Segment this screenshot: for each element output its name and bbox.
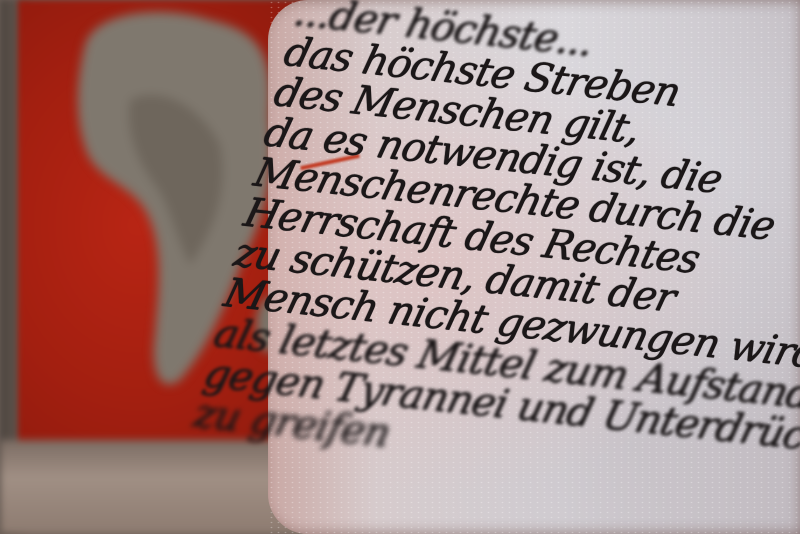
- embroidered-text: ...der höchste... das höchste Streben de…: [190, 0, 800, 488]
- photo-scene: ...der höchste... das höchste Streben de…: [0, 0, 800, 534]
